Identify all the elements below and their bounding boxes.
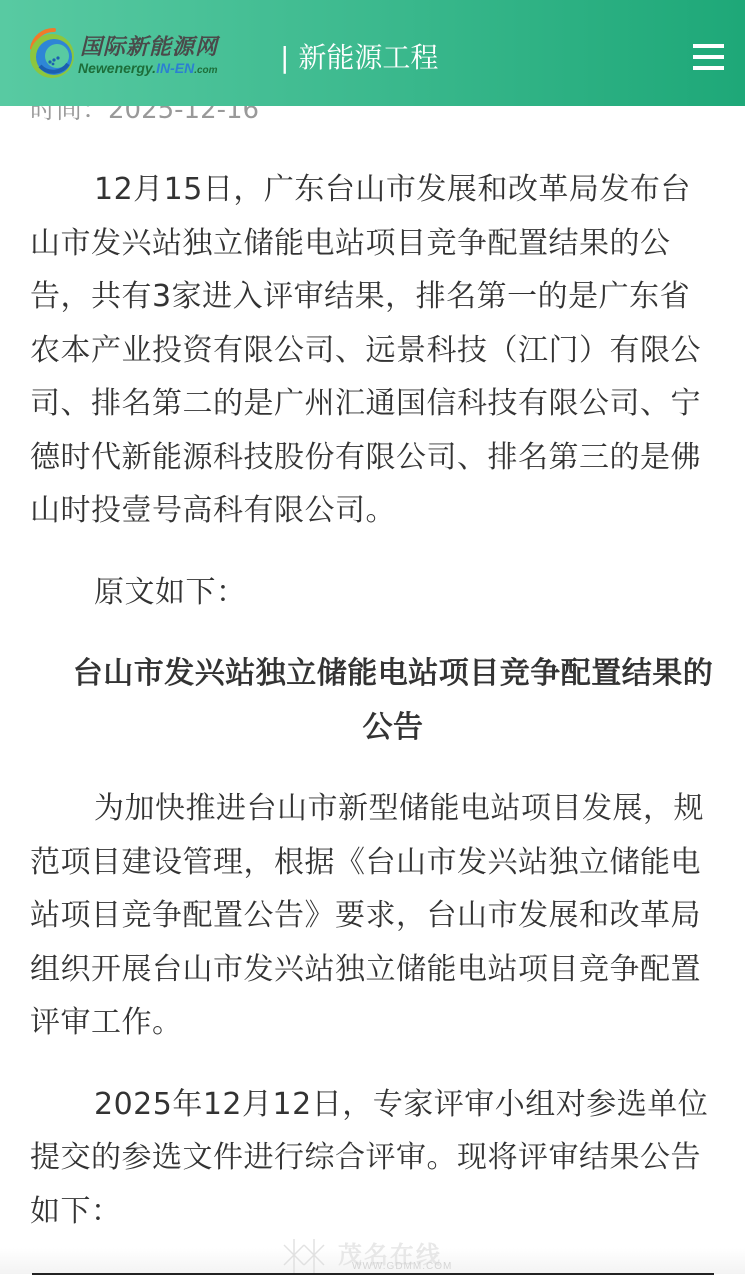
site-logo[interactable]: 国际新能源网 Newenergy.IN-EN.com <box>24 24 264 82</box>
watermark: 茂名在线 WWW.GDMM.COM <box>280 1235 480 1275</box>
body-paragraph-1: 为加快推进台山市新型储能电站项目发展，规范项目建设管理，根据《台山市发兴站独立储… <box>30 782 720 1050</box>
original-text-label: 原文如下： <box>30 566 720 620</box>
intro-paragraph: 12月15日，广东台山市发展和改革局发布台山市发兴站独立储能电站项目竞争配置结果… <box>30 163 720 538</box>
watermark-url: WWW.GDMM.COM <box>352 1261 452 1272</box>
hamburger-menu-icon <box>693 44 724 48</box>
hamburger-menu-icon <box>693 55 724 59</box>
horizontal-rule <box>32 1273 714 1275</box>
logo-en-part1: Newenergy. <box>78 60 156 76</box>
announcement-title: 台山市发兴站独立储能电站项目竞争配置结果的公告 <box>30 647 720 754</box>
hamburger-menu-icon <box>693 66 724 70</box>
logo-english-name: Newenergy.IN-EN.com <box>78 60 218 76</box>
watermark-logo-icon <box>280 1235 336 1275</box>
logo-swirl-icon <box>24 26 80 82</box>
body-paragraph-2: 2025年12月12日，专家评审小组对参选单位提交的参选文件进行综合评审。现将评… <box>30 1078 720 1239</box>
logo-en-part3: .com <box>194 65 217 76</box>
site-header: 国际新能源网 Newenergy.IN-EN.com | 新能源工程 <box>0 0 745 106</box>
logo-en-part2: IN-EN <box>156 60 194 76</box>
article-body: 12月15日，广东台山市发展和改革局发布台山市发兴站独立储能电站项目竞争配置结果… <box>30 163 720 1238</box>
logo-chinese-name: 国际新能源网 <box>80 30 218 61</box>
hamburger-menu-button[interactable] <box>690 40 726 74</box>
section-title: | 新能源工程 <box>280 38 438 78</box>
